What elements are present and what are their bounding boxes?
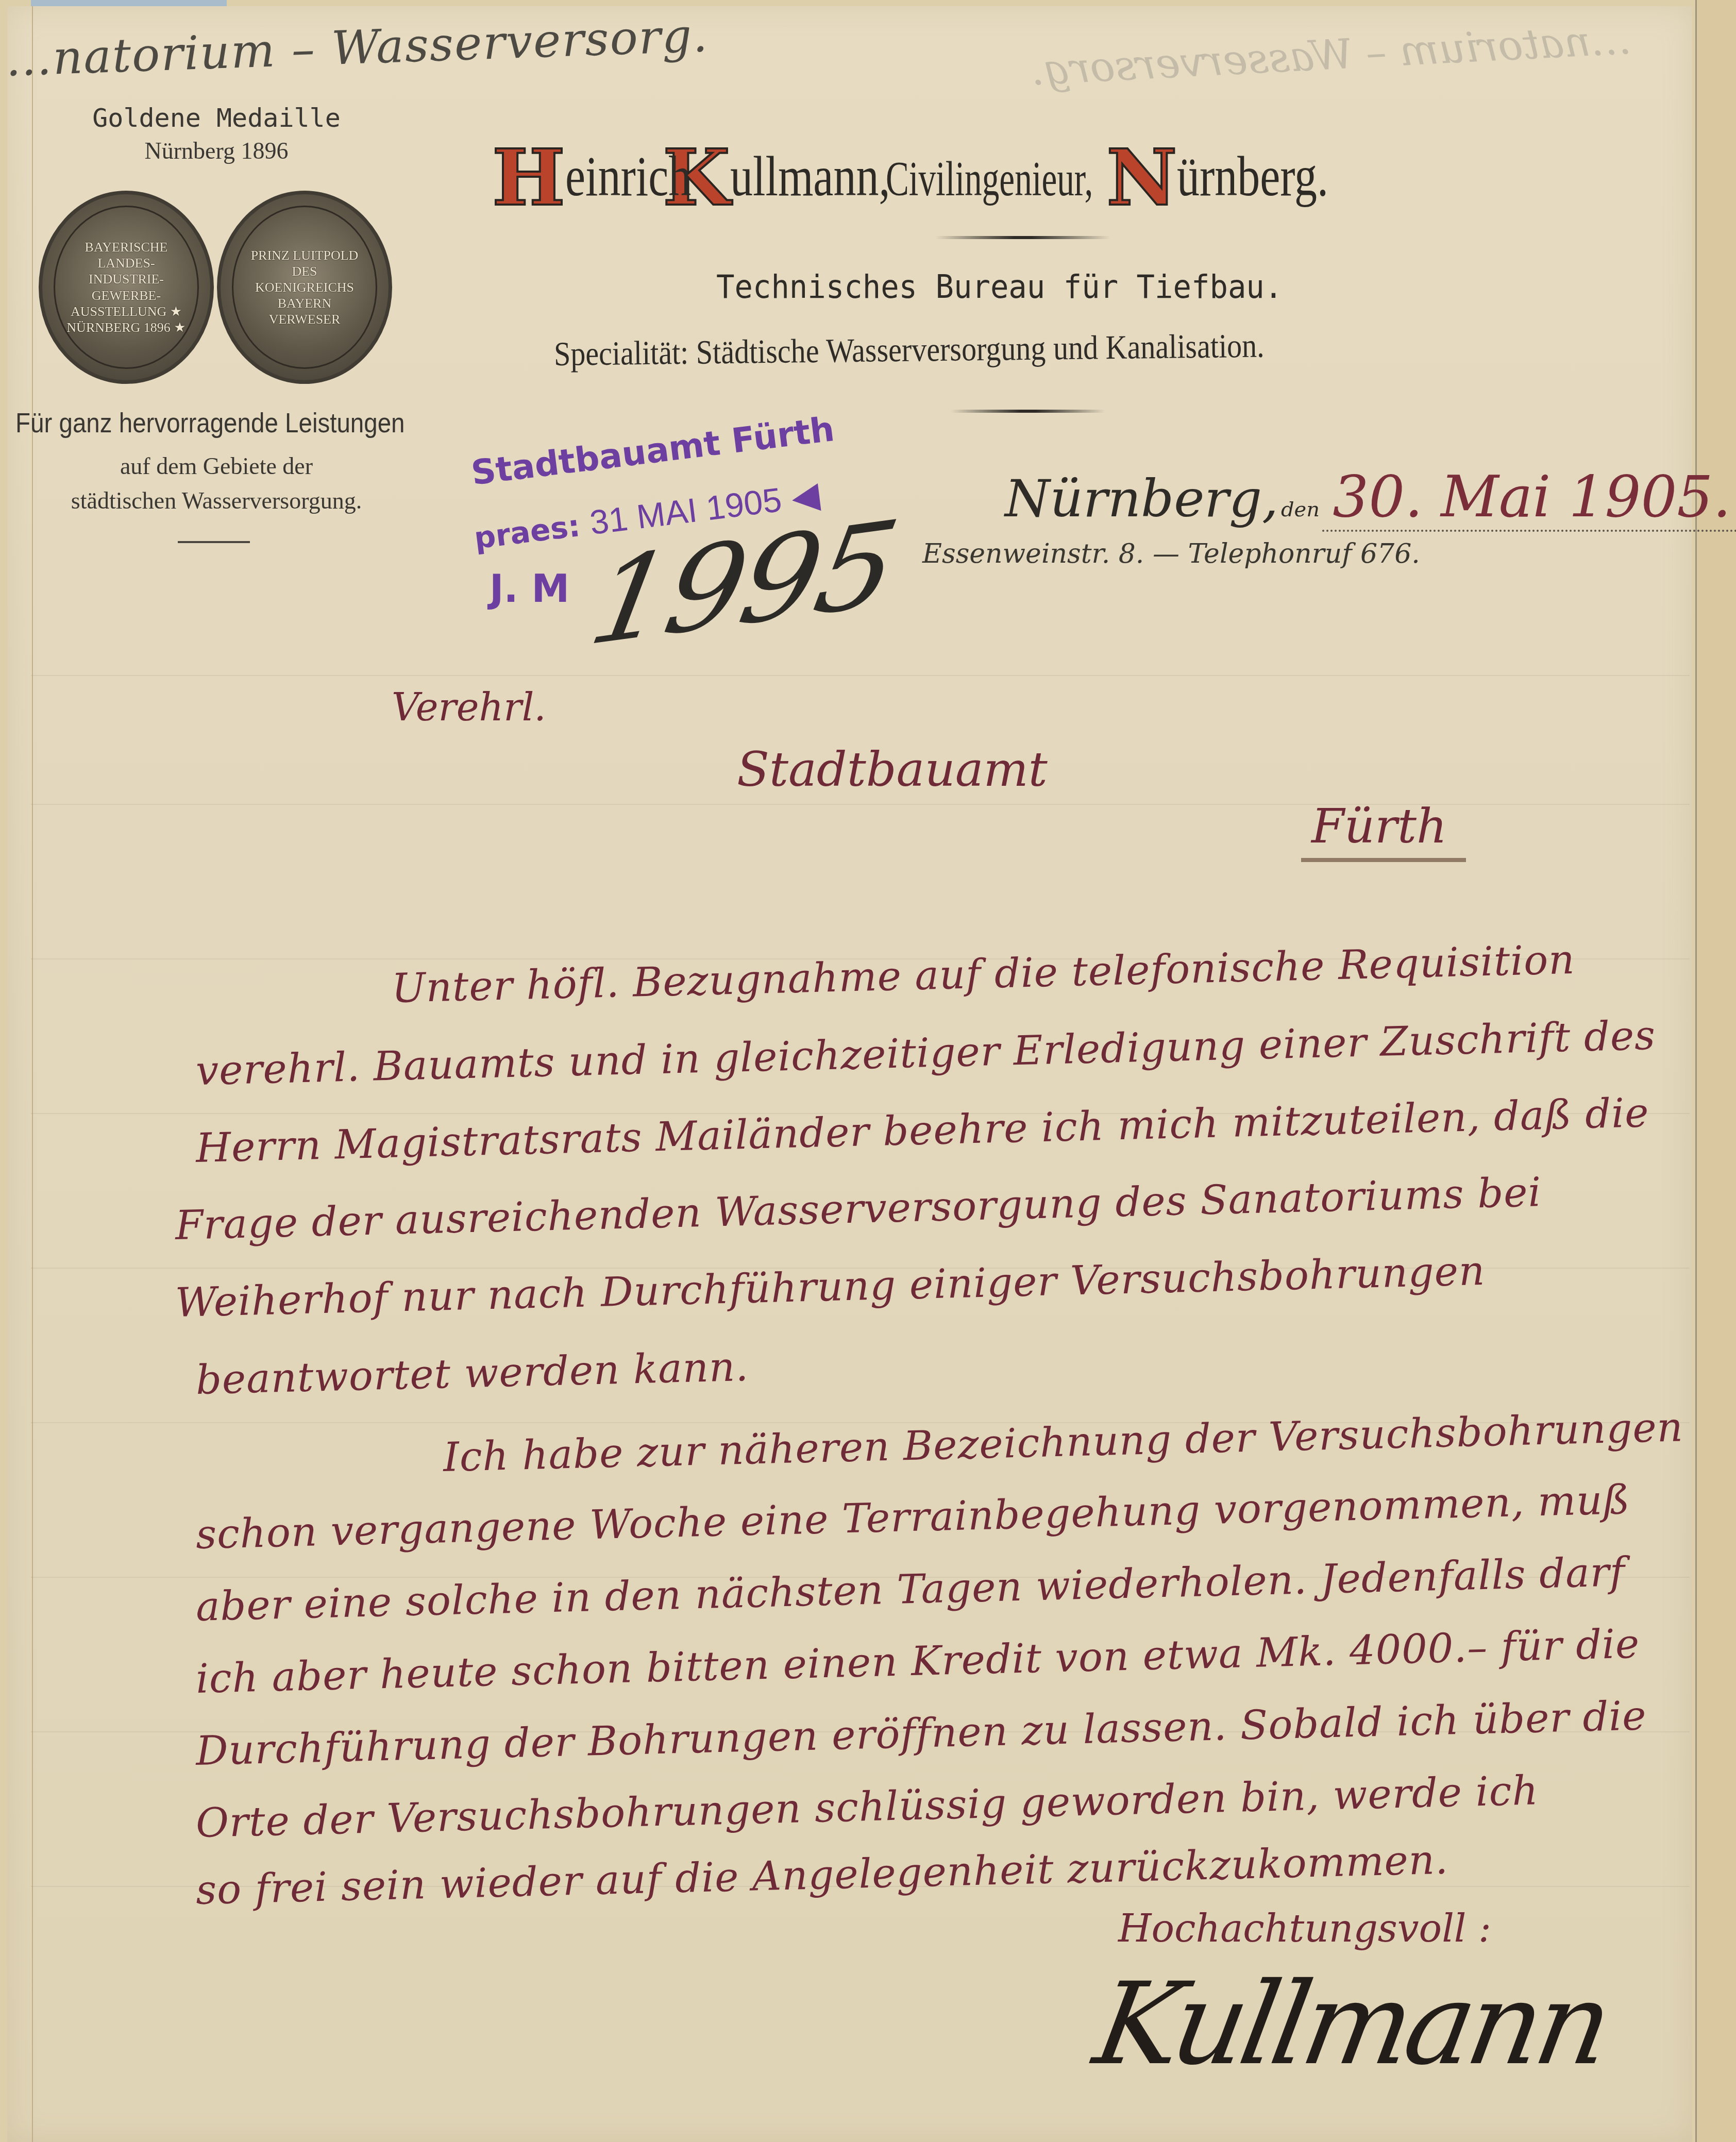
place-date-line: Nürnberg, den 30. Mai 1905. (1005, 464, 1736, 532)
decorative-initial-h: H (492, 139, 565, 216)
firm-profession: Civilingenieur, (886, 150, 1093, 207)
bureau-line: Technisches Bureau für Tiefbau. (716, 268, 1283, 306)
date-field: 30. Mai 1905. (1322, 464, 1736, 532)
place: Nürnberg, (1005, 468, 1278, 529)
award-line-2: auf dem Gebiete der (21, 452, 412, 480)
firm-last-name: ullmann, (730, 144, 890, 209)
medal-subtitle: Nürnberg 1896 (21, 137, 412, 164)
city-underline (1301, 858, 1466, 862)
adjacent-page-edge (1695, 0, 1736, 2142)
page-fold-line (32, 6, 33, 2142)
award-line-3: städtischen Wasserversorgung. (21, 487, 412, 514)
firm-first-name: einrich (565, 144, 691, 209)
signature: Kullmann (1086, 1958, 1616, 2090)
exhibition-medal-icon: BAYERISCHE LANDES-INDUSTRIE-GEWERBE-AUSS… (39, 191, 214, 384)
ornament-divider (935, 236, 1110, 239)
medal-images: BAYERISCHE LANDES-INDUSTRIE-GEWERBE-AUSS… (39, 191, 392, 384)
recipient: Stadtbauamt (737, 742, 1048, 797)
address-line: Essenweinstr. 8. — Telephonruf 676. (922, 538, 1420, 569)
recipient-city: Fürth (1311, 799, 1447, 854)
ornament-divider-small (951, 410, 1105, 413)
medal-title: Goldene Medaille (21, 103, 412, 133)
closing: Hochachtungsvoll : (1118, 1907, 1491, 1951)
handwritten-date: 30. Mai 1905. (1333, 464, 1731, 530)
prince-regent-medal-icon: PRINZ LUITPOLD DES KOENIGREICHS BAYERN V… (217, 191, 392, 384)
firm-city: ürnberg. (1177, 144, 1328, 209)
medal-divider (178, 541, 250, 543)
decorative-initial-n: N (1106, 139, 1177, 216)
den-label: den (1281, 498, 1320, 521)
firm-name: Heinrich Kullmann, Civilingenieur, Nürnb… (492, 139, 1367, 216)
salutation: Verehrl. (392, 685, 546, 730)
ruled-line (31, 675, 1690, 676)
stamp-journal-label: J. M (490, 567, 569, 611)
award-line-1: Für ganz hervorragende Leistungen (15, 407, 405, 439)
folder-edge (31, 0, 227, 6)
medal-block: Goldene Medaille Nürnberg 1896 (21, 103, 412, 164)
